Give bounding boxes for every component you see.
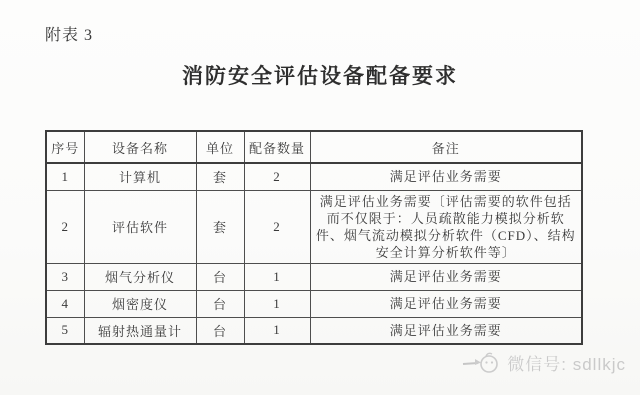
cell-name: 辐射热通量计: [84, 317, 196, 344]
header-cell-remark: 备注: [310, 131, 582, 163]
cell-qty: 1: [244, 317, 310, 344]
cell-unit: 套: [196, 190, 244, 263]
cell-name: 评估软件: [84, 190, 196, 263]
cell-qty: 2: [244, 190, 310, 263]
appendix-label: 附表 3: [45, 22, 93, 45]
cell-no: 4: [46, 290, 84, 317]
header-cell-name: 设备名称: [84, 131, 196, 163]
cell-name: 计算机: [84, 163, 196, 190]
table-header-row: 序号 设备名称 单位 配备数量 备注: [46, 131, 582, 163]
cell-no: 5: [46, 317, 84, 344]
cell-unit: 台: [196, 317, 244, 344]
watermark-text: 微信号: sdllkjc: [507, 350, 626, 375]
table-row: 1 计算机 套 2 满足评估业务需要: [46, 163, 582, 190]
document-page: 附表 3 消防安全评估设备配备要求 序号 设备名称 单位 配备数量 备注 1 计…: [0, 0, 640, 395]
cell-remark: 满足评估业务需要: [310, 290, 582, 317]
cell-unit: 套: [196, 163, 244, 190]
table-row: 2 评估软件 套 2 满足评估业务需要〔评估需要的软件包括而不仅限于：人员疏散能…: [46, 190, 582, 263]
table-row: 3 烟气分析仪 台 1 满足评估业务需要: [46, 263, 582, 290]
cell-qty: 2: [244, 163, 310, 190]
header-cell-unit: 单位: [196, 131, 244, 163]
cell-unit: 台: [196, 263, 244, 290]
cell-qty: 1: [244, 290, 310, 317]
cell-name: 烟密度仪: [84, 290, 196, 317]
cell-remark: 满足评估业务需要: [310, 263, 582, 290]
cell-qty: 1: [244, 263, 310, 290]
equipment-table: 序号 设备名称 单位 配备数量 备注 1 计算机 套 2 满足评估业务需要 2 …: [45, 130, 583, 345]
cell-no: 2: [46, 190, 84, 263]
cell-no: 1: [46, 163, 84, 190]
cell-remark: 满足评估业务需要〔评估需要的软件包括而不仅限于：人员疏散能力模拟分析软件、烟气流…: [310, 190, 582, 263]
header-cell-qty: 配备数量: [244, 131, 310, 163]
cell-name: 烟气分析仪: [84, 263, 196, 290]
cell-no: 3: [46, 263, 84, 290]
table-row: 5 辐射热通量计 台 1 满足评估业务需要: [46, 317, 582, 344]
cell-remark: 满足评估业务需要: [310, 317, 582, 344]
page-title: 消防安全评估设备配备要求: [0, 60, 640, 90]
header-cell-no: 序号: [46, 131, 84, 163]
bird-logo-with-arrow-icon: [462, 351, 502, 375]
wechat-watermark: 微信号: sdllkjc: [462, 350, 626, 375]
cell-remark: 满足评估业务需要: [310, 163, 582, 190]
cell-unit: 台: [196, 290, 244, 317]
table-row: 4 烟密度仪 台 1 满足评估业务需要: [46, 290, 582, 317]
